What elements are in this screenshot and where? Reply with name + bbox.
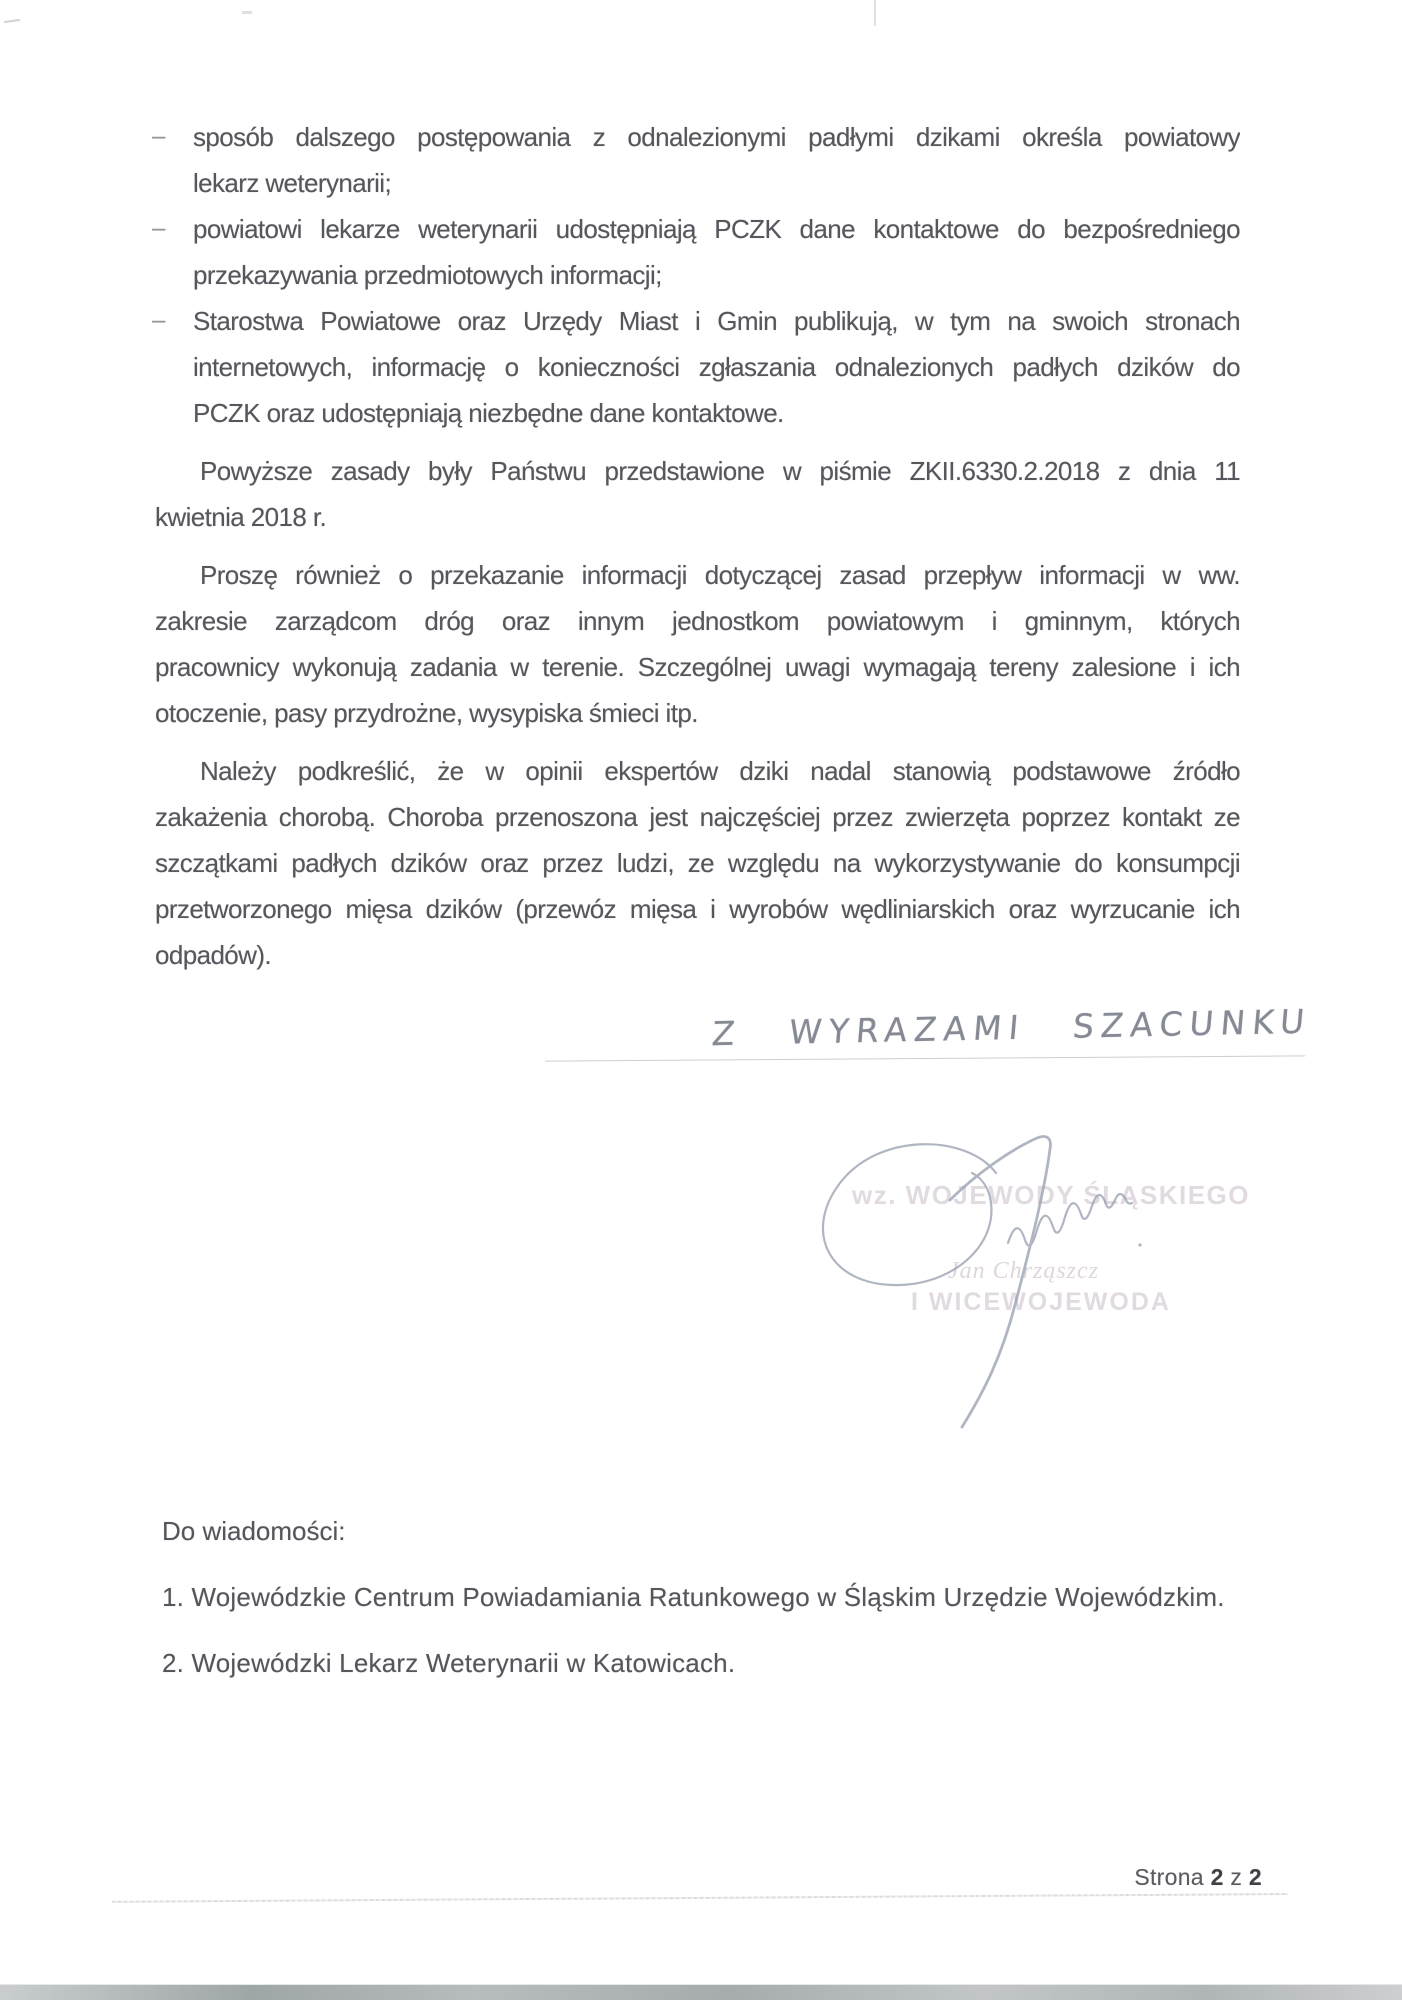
- text-line: PCZK oraz udostępniają niezbędne dane ko…: [193, 390, 1240, 436]
- text-line: internetowych, informację o konieczności…: [193, 344, 1240, 390]
- footer-page-total: 2: [1249, 1864, 1262, 1890]
- text-line: zakresie zarządcom dróg oraz innym jedno…: [155, 598, 1240, 644]
- text-line: przetworzonego mięsa dzików (przewóz mię…: [155, 886, 1240, 932]
- text-line: zakażenia chorobą. Choroba przenoszona j…: [155, 794, 1240, 840]
- footer-rule: [112, 1893, 1288, 1903]
- handwritten-closing: Z WYRAZAMI SZACUNKU: [710, 1002, 1312, 1054]
- letter-body: –sposób dalszego postępowania z odnalezi…: [155, 114, 1240, 978]
- bullet-item: –sposób dalszego postępowania z odnalezi…: [155, 114, 1240, 206]
- text-line: Należy podkreślić, że w opinii ekspertów…: [155, 748, 1240, 794]
- page-footer: Strona 2 z 2: [1134, 1864, 1262, 1891]
- text-line: powiatowi lekarze weterynarii udostępnia…: [193, 206, 1240, 252]
- text-line: Starostwa Powiatowe oraz Urzędy Miast i …: [193, 298, 1240, 344]
- bullet-dash-icon: –: [152, 114, 165, 160]
- bullet-list: –sposób dalszego postępowania z odnalezi…: [155, 114, 1240, 436]
- footer-page-number: 2: [1211, 1864, 1224, 1890]
- scanned-letter-page: –sposób dalszego postępowania z odnalezi…: [0, 0, 1402, 2000]
- footer-label: Strona: [1134, 1864, 1204, 1890]
- text-line: pracownicy wykonują zadania w terenie. S…: [155, 644, 1240, 690]
- scan-artifact: [874, 0, 876, 26]
- handwritten-underline: [545, 1055, 1305, 1061]
- paragraph: Powyższe zasady były Państwu przedstawio…: [155, 448, 1240, 540]
- distribution-item: 2. Wojewódzki Lekarz Weterynarii w Katow…: [162, 1648, 1225, 1678]
- distribution-item: 1. Wojewódzkie Centrum Powiadamiania Rat…: [162, 1582, 1225, 1612]
- distribution-heading: Do wiadomości:: [162, 1516, 1225, 1546]
- signature-icon: [800, 1105, 1200, 1445]
- bullet-dash-icon: –: [152, 298, 165, 344]
- bullet-item: –Starostwa Powiatowe oraz Urzędy Miast i…: [155, 298, 1240, 436]
- text-line: Proszę również o przekazanie informacji …: [155, 552, 1240, 598]
- text-line: Powyższe zasady były Państwu przedstawio…: [155, 448, 1240, 494]
- distribution-section: Do wiadomości: 1. Wojewódzkie Centrum Po…: [162, 1516, 1225, 1678]
- footer-separator: z: [1230, 1864, 1242, 1890]
- text-line: przekazywania przedmiotowych informacji;: [193, 252, 1240, 298]
- text-line: szczątkami padłych dzików oraz przez lud…: [155, 840, 1240, 886]
- scanner-edge-band: [0, 1984, 1402, 2000]
- text-line: sposób dalszego postępowania z odnalezio…: [193, 114, 1240, 160]
- paragraph: Proszę również o przekazanie informacji …: [155, 552, 1240, 736]
- scan-artifact: [242, 11, 252, 14]
- bullet-dash-icon: –: [152, 206, 165, 252]
- text-line: kwietnia 2018 r.: [155, 494, 1240, 540]
- paragraph: Należy podkreślić, że w opinii ekspertów…: [155, 748, 1240, 978]
- bullet-item: –powiatowi lekarze weterynarii udostępni…: [155, 206, 1240, 298]
- scan-artifact: [4, 19, 20, 23]
- text-line: otoczenie, pasy przydrożne, wysypiska śm…: [155, 690, 1240, 736]
- text-line: odpadów).: [155, 932, 1240, 978]
- text-line: lekarz weterynarii;: [193, 160, 1240, 206]
- body-paragraphs: Powyższe zasady były Państwu przedstawio…: [155, 448, 1240, 978]
